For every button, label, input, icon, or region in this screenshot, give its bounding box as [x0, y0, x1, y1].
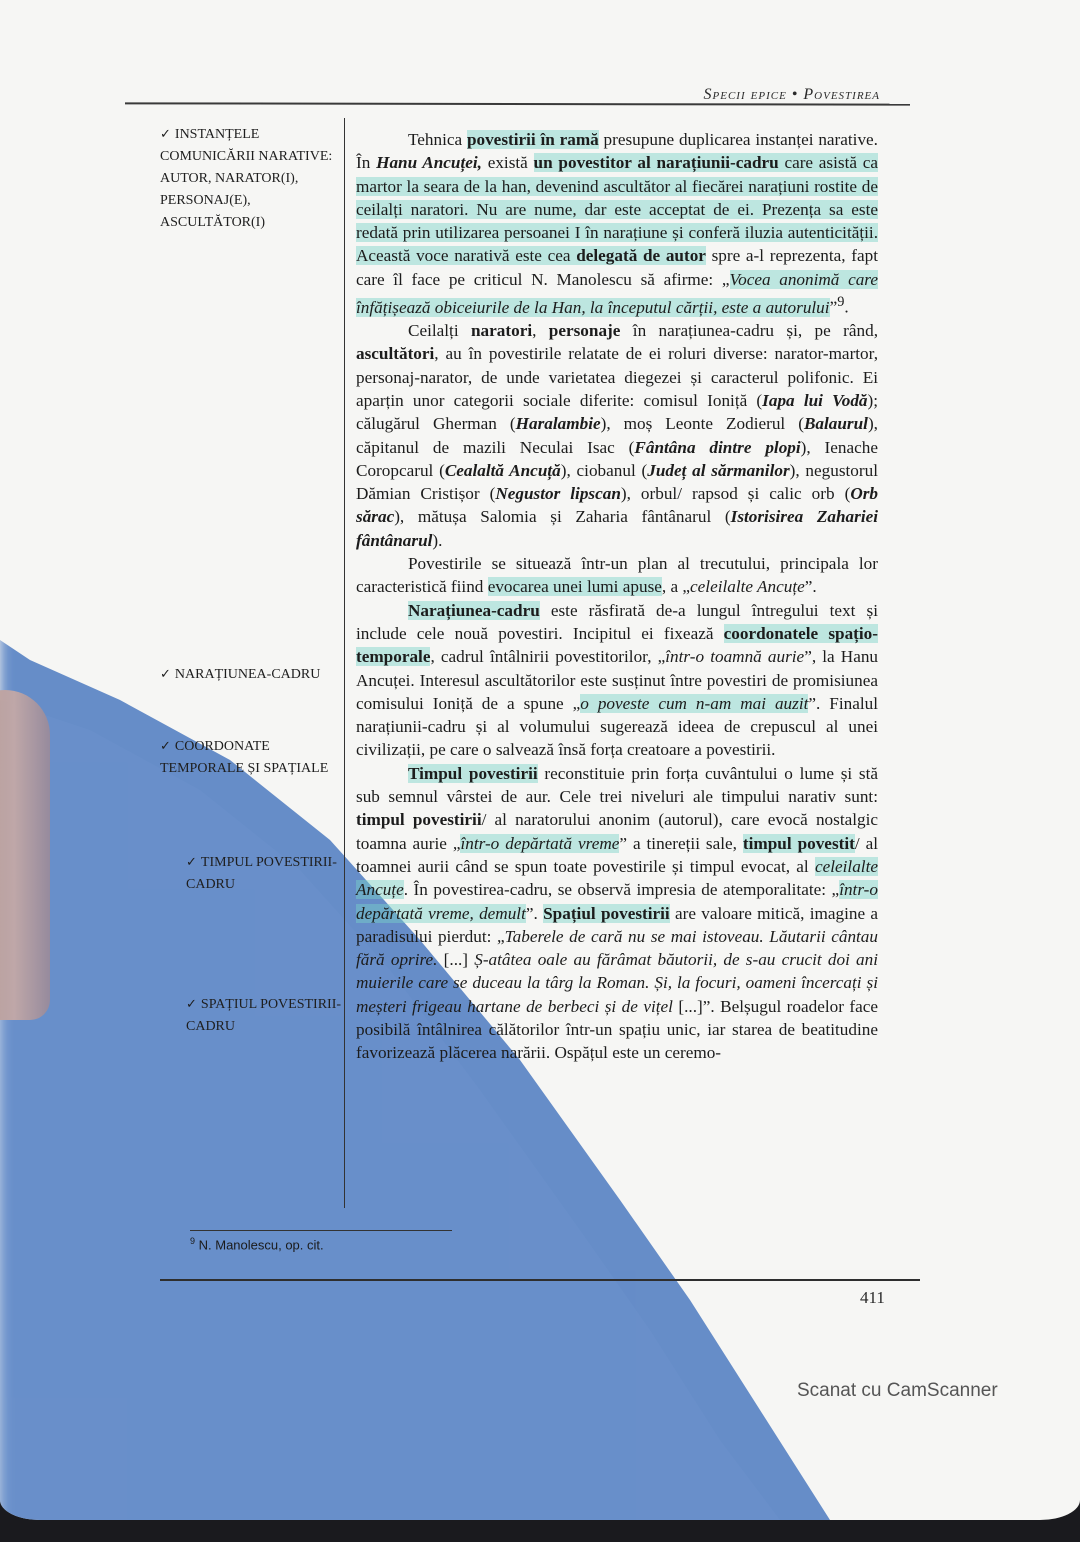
margin-note-instances: ✓Instanțele comunicării narative: autor,…	[160, 124, 340, 234]
page-number: 411	[860, 1288, 885, 1308]
check-icon: ✓	[160, 127, 171, 142]
check-icon: ✓	[186, 855, 197, 870]
paragraph-3: Povestirile se situează într-un plan al …	[356, 552, 878, 599]
running-head: Specii epice • Povestirea	[704, 86, 880, 104]
camscanner-watermark: Scanat cu CamScanner	[797, 1380, 998, 1402]
column-divider	[344, 118, 345, 1208]
check-icon: ✓	[160, 667, 171, 682]
paragraph-5: Timpul povestirii reconstituie prin forț…	[356, 762, 878, 1065]
footnote: 9 N. Manolescu, op. cit.	[190, 1236, 324, 1252]
footer-rule	[160, 1279, 920, 1281]
scanned-page: Specii epice • Povestirea ✓Instanțele co…	[0, 0, 1080, 1520]
paragraph-1: Tehnica povestirii în ramă presupune dup…	[356, 128, 878, 319]
margin-note-space: ✓Spațiul povestirii-cadru	[186, 994, 356, 1038]
footnote-rule	[190, 1230, 452, 1231]
header-rule	[125, 102, 910, 105]
check-icon: ✓	[186, 997, 197, 1012]
main-text: Tehnica povestirii în ramă presupune dup…	[356, 128, 878, 1065]
margin-note-time: ✓Timpul povestirii-cadru	[186, 852, 356, 896]
paragraph-2: Ceilalți naratori, personaje în narațiun…	[356, 319, 878, 552]
paragraph-4: Narațiunea-cadru este răsfirată de-a lun…	[356, 599, 878, 762]
margin-note-frame-narrative: ✓Narațiunea-cadru	[160, 664, 340, 686]
margin-note-coordinates: ✓Coordonate temporale și spațiale	[160, 736, 340, 780]
check-icon: ✓	[160, 739, 171, 754]
